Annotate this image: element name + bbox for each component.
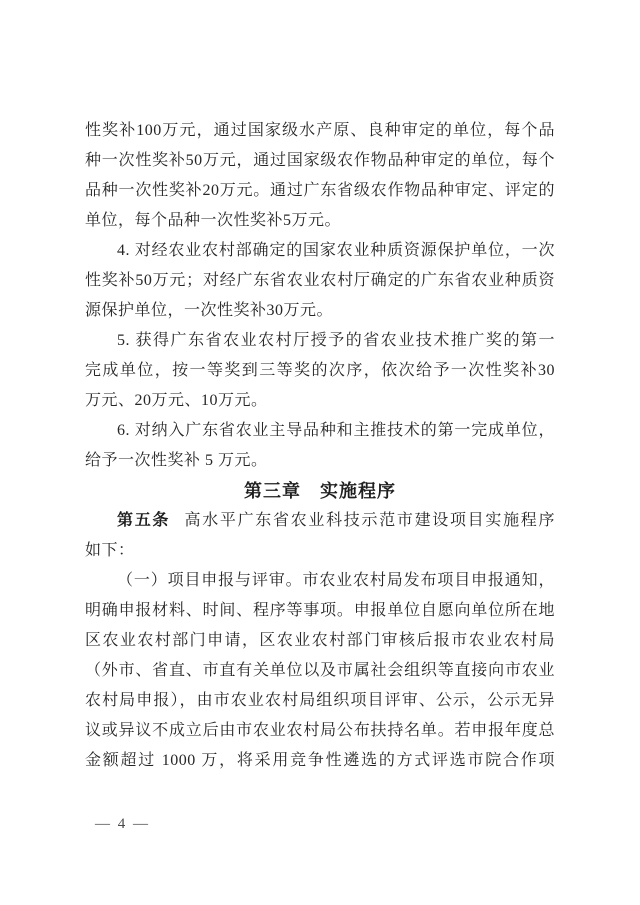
page-number: — 4 — [95,816,150,833]
text-line: 6. 对纳入广东省农业主导品种和主推技术的第一完成单位， [85,416,555,446]
text-line: （外市、省直、市直有关单位以及市属社会组织等直接向市农业 [85,656,555,686]
text-line: （一）项目申报与评审。市农业农村局发布项目申报通知， [85,566,555,596]
article-line: 第五条高水平广东省农业科技示范市建设项目实施程序 [85,506,555,536]
text-line: 种一次性奖补50万元，通过国家级农作物品种审定的单位，每个 [85,146,555,176]
text-line: 完成单位，按一等奖到三等奖的次序，依次给予一次性奖补30 [85,356,555,386]
article-title: 高水平广东省农业科技示范市建设项目实施程序 [185,512,555,529]
text-line: 源保护单位，一次性奖补30万元。 [85,296,555,326]
text-line: 明确申报材料、时间、程序等事项。申报单位自愿向单位所在地 [85,596,555,626]
text-line: 性奖补100万元，通过国家级水产原、良种审定的单位，每个品 [85,116,555,146]
text-line: 万元、20万元、10万元。 [85,386,555,416]
text-line: 品种一次性奖补20万元。通过广东省级农作物品种审定、评定的 [85,176,555,206]
text-line: 农村局申报），由市农业农村局组织项目评审、公示，公示无异 [85,686,555,716]
text-line: 议或异议不成立后由市农业农村局公布扶持名单。若申报年度总 [85,716,555,746]
chapter-heading: 第三章 实施程序 [85,476,555,506]
text-line: 4. 对经农业农村部确定的国家农业种质资源保护单位，一次 [85,236,555,266]
text-line: 性奖补50万元；对经广东省农业农村厅确定的广东省农业种质资 [85,266,555,296]
article-tail-line: 如下： [85,536,555,566]
text-line: 区农业农村部门申请，区农业农村部门审核后报市农业农村局 [85,626,555,656]
document-body: 性奖补100万元，通过国家级水产原、良种审定的单位，每个品 种一次性奖补50万元… [85,116,555,776]
text-line: 给予一次性奖补 5 万元。 [85,446,555,476]
text-line: 5. 获得广东省农业农村厅授予的省农业技术推广奖的第一 [85,326,555,356]
document-page: 性奖补100万元，通过国家级水产原、良种审定的单位，每个品 种一次性奖补50万元… [0,0,640,905]
text-line: 单位，每个品种一次性奖补5万元。 [85,206,555,236]
article-number: 第五条 [117,512,170,529]
text-line: 金额超过 1000 万，将采用竞争性遴选的方式评选市院合作项目。 [85,746,555,776]
